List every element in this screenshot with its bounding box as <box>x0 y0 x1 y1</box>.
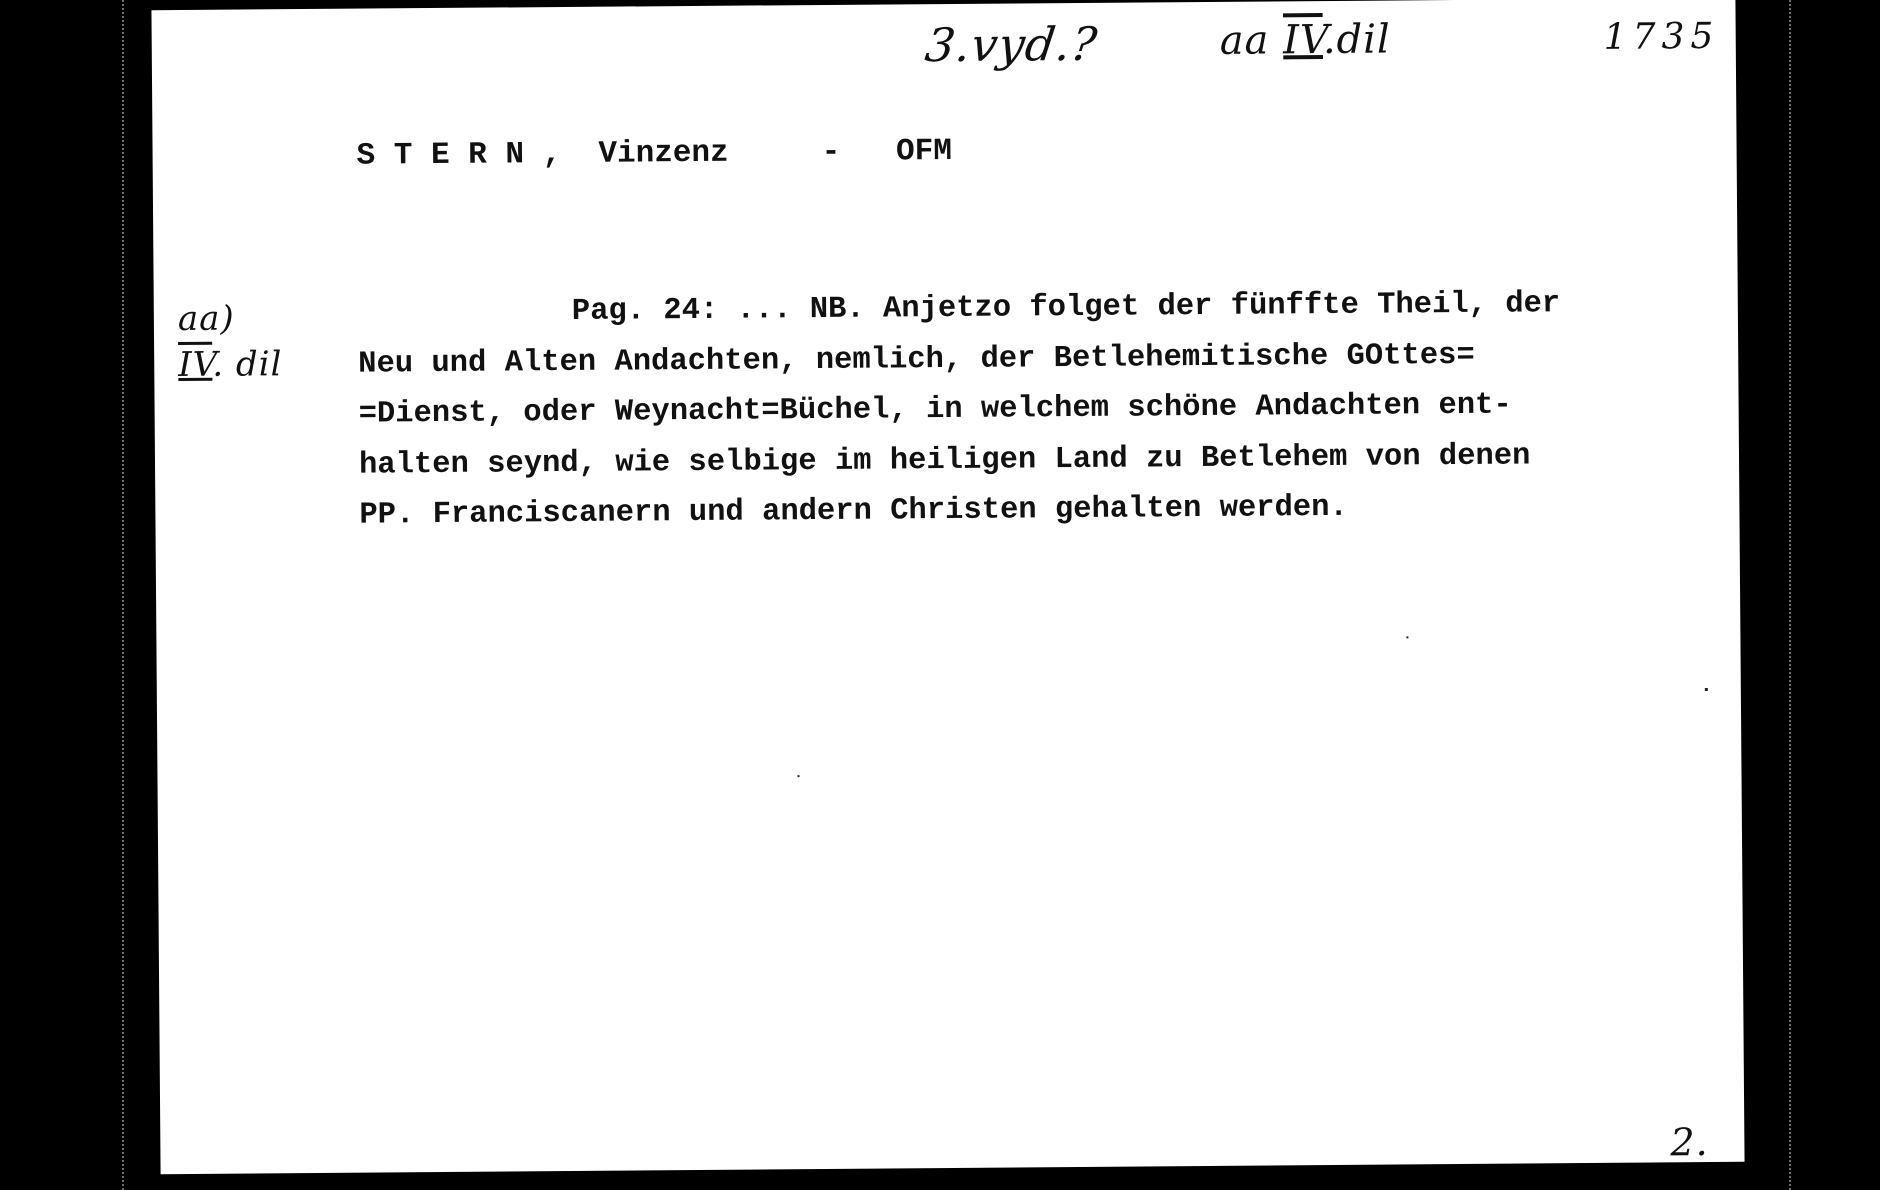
index-card: 3.vyd.? aa IV.dil 1735 S T E R N , Vinze… <box>151 0 1744 1174</box>
author-surname: S T E R N , <box>356 137 561 174</box>
volume-mark-numeral: IV <box>1283 17 1323 63</box>
card-body-text: Pag. 24: ... NB. Anjetzo folget der fünf… <box>358 278 1690 541</box>
scan-speck <box>1705 688 1708 691</box>
volume-mark-prefix: aa <box>1220 17 1270 63</box>
header-separator: - <box>822 135 841 170</box>
handwritten-year: 1735 <box>1604 16 1720 58</box>
body-line: PP. Franciscanern und andern Christen ge… <box>359 480 1689 541</box>
handwritten-catalog-mark: 3.vyd.? <box>922 17 1101 72</box>
scan-edge-dotted-line-left <box>122 0 124 1190</box>
scan-edge-dotted-line-right <box>1789 0 1791 1190</box>
margin-note-line2: IV. dil <box>178 341 283 388</box>
margin-note-line1: aa) <box>178 295 283 342</box>
volume-mark-suffix: .dil <box>1323 17 1391 64</box>
handwritten-page-number: 2. <box>1670 1120 1709 1164</box>
body-line: Pag. 24: ... NB. Anjetzo folget der fünf… <box>358 278 1688 339</box>
scan-speck <box>1406 636 1408 638</box>
card-header: S T E R N , Vinzenz - OFM <box>356 134 952 174</box>
margin-note-suffix: . dil <box>212 344 282 385</box>
scan-speck <box>797 775 799 777</box>
religious-order: OFM <box>896 134 952 169</box>
author-given-name: Vinzenz <box>598 136 729 172</box>
body-line: halten seynd, wie selbige im heiligen La… <box>359 430 1689 491</box>
handwritten-margin-note: aa) IV. dil <box>178 295 283 388</box>
margin-note-numeral: IV <box>178 345 212 385</box>
handwritten-volume-mark: aa IV.dil <box>1220 17 1391 64</box>
